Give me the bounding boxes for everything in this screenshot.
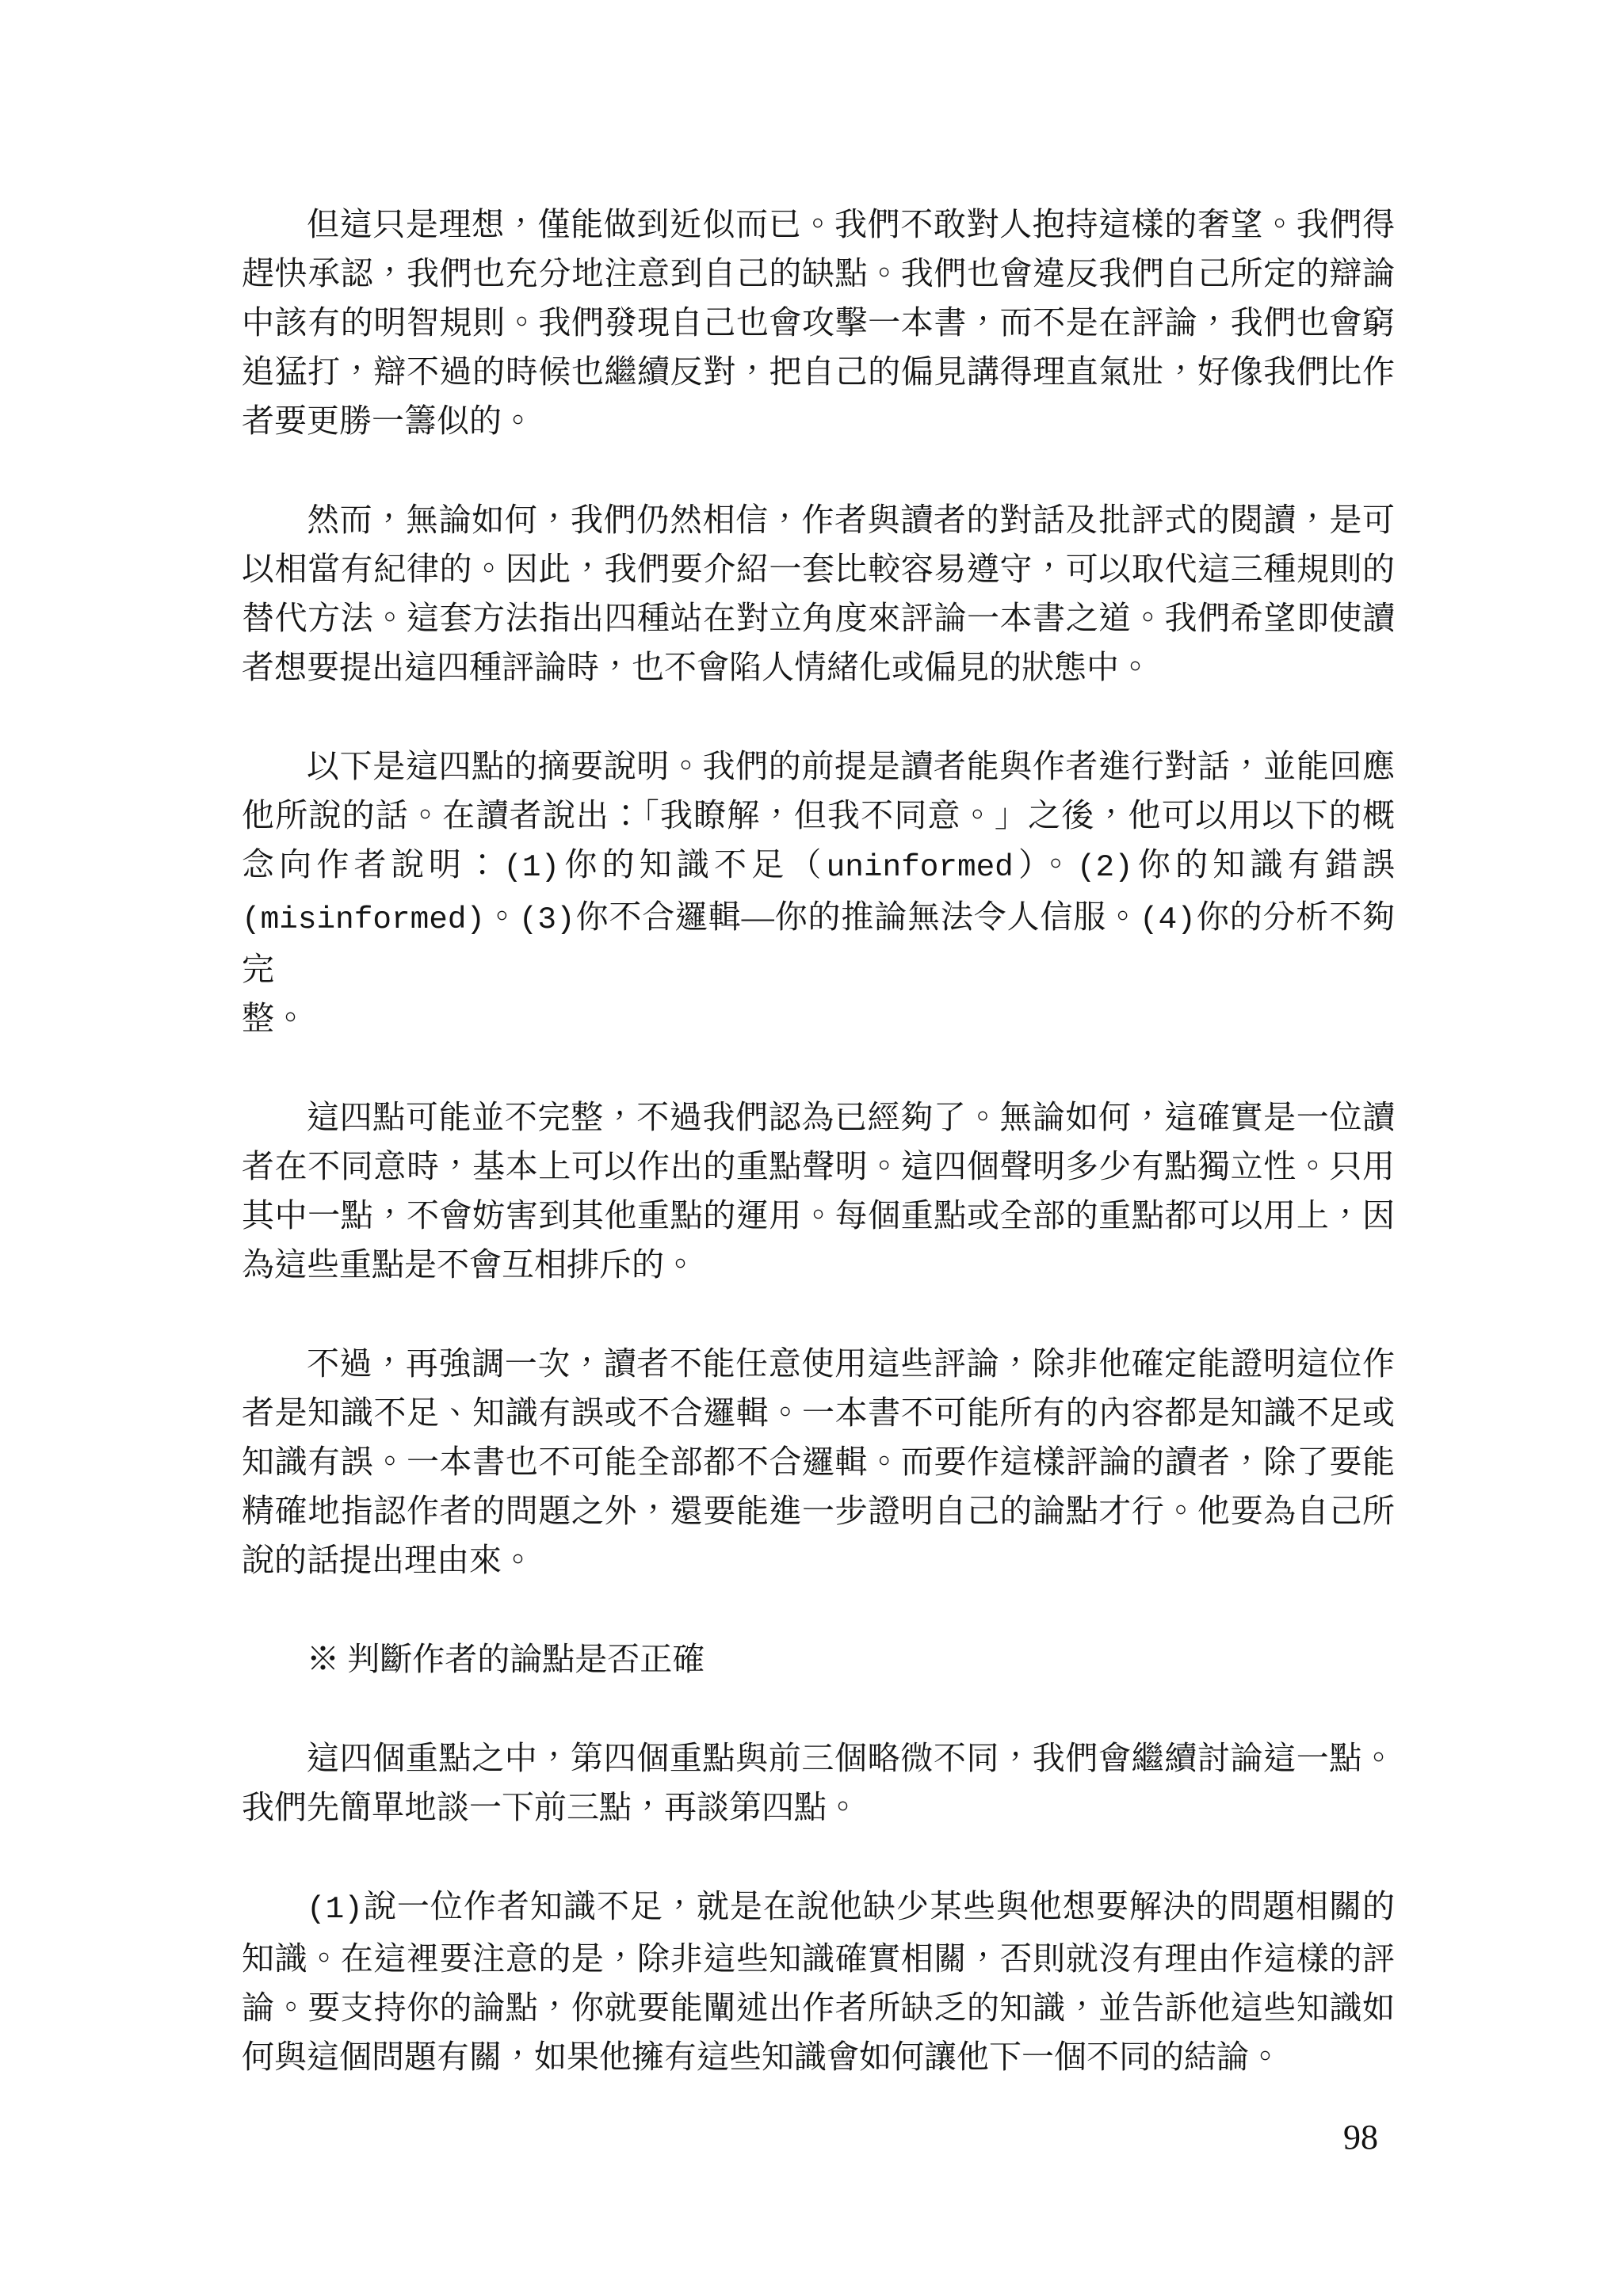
page-content: 但這只是理想，僅能做到近似而已。我們不敢對人抱持這樣的奢望。我們得趕快承認，我們… <box>242 200 1395 2131</box>
paragraph-2: 然而，無論如何，我們仍然相信，作者與讀者的對話及批評式的閱讀，是可以相當有紀律的… <box>242 495 1395 692</box>
page-number: 98 <box>1343 2117 1378 2158</box>
book-page: 但這只是理想，僅能做到近似而已。我們不敢對人抱持這樣的奢望。我們得趕快承認，我們… <box>0 0 1623 2296</box>
text-line: 其中一點，不會妨害到其他重點的運用。每個重點或全部的重點都可以用上，因 <box>242 1191 1395 1240</box>
text-line: 知識。在這裡要注意的是，除非這些知識確實相關，否則就沒有理由作這樣的評 <box>242 1934 1395 1983</box>
text-line: 我們先簡單地談一下前三點，再談第四點。 <box>242 1783 1395 1832</box>
paragraph-3: 以下是這四點的摘要說明。我們的前提是讀者能與作者進行對話，並能回應他所說的話。在… <box>242 742 1395 1043</box>
latin-text: (2) <box>1077 849 1133 885</box>
text-line: 知識有誤。一本書也不可能全部都不合邏輯。而要作這樣評論的讀者，除了要能 <box>242 1437 1395 1486</box>
latin-text: (misinformed) <box>242 902 485 937</box>
text-line: 追猛打，辯不過的時候也繼續反對，把自己的偏見講得理直氣壯，好像我們比作 <box>242 347 1395 396</box>
text-line: 何與這個問題有關，如果他擁有這些知識會如何讓他下一個不同的結論。 <box>242 2032 1395 2081</box>
text-line: ※ 判斷作者的論點是否正確 <box>242 1634 1395 1684</box>
text-line: 論。要支持你的論點，你就要能闡述出作者所缺乏的知識，並告訴他這些知識如 <box>242 1983 1395 2032</box>
paragraph-1: 但這只是理想，僅能做到近似而已。我們不敢對人抱持這樣的奢望。我們得趕快承認，我們… <box>242 200 1395 445</box>
text-line: 趕快承認，我們也充分地注意到自己的缺點。我們也會違反我們自己所定的辯論 <box>242 249 1395 298</box>
text-line: 精確地指認作者的問題之外，還要能進一步證明自己的論點才行。他要為自己所 <box>242 1486 1395 1535</box>
paragraph-7: 這四個重點之中，第四個重點與前三個略微不同，我們會繼續討論這一點。我們先簡單地談… <box>242 1733 1395 1832</box>
text-line: 念向作者說明：(1)你的知識不足（uninformed）。(2)你的知識有錯誤 <box>242 840 1395 892</box>
text-line: (misinformed)。(3)你不合邏輯—你的推論無法令人信服。(4)你的分… <box>242 892 1395 994</box>
text-line: 然而，無論如何，我們仍然相信，作者與讀者的對話及批評式的閱讀，是可 <box>242 495 1395 544</box>
latin-text: uninformed <box>827 849 1014 885</box>
text-line: 說的話提出理由來。 <box>242 1535 1395 1585</box>
text-line: 替代方法。這套方法指出四種站在對立角度來評論一本書之道。我們希望即使讀 <box>242 593 1395 643</box>
text-line: 但這只是理想，僅能做到近似而已。我們不敢對人抱持這樣的奢望。我們得 <box>242 200 1395 249</box>
text-line: 中該有的明智規則。我們發現自己也會攻擊一本書，而不是在評論，我們也會窮 <box>242 298 1395 347</box>
latin-text: (4) <box>1140 902 1196 937</box>
text-line: 整。 <box>242 994 1395 1043</box>
paragraph-8: (1)說一位作者知識不足，就是在說他缺少某些與他想要解決的問題相關的知識。在這裡… <box>242 1882 1395 2081</box>
text-line: 這四點可能並不完整，不過我們認為已經夠了。無論如何，這確實是一位讀 <box>242 1093 1395 1142</box>
text-line: (1)說一位作者知識不足，就是在說他缺少某些與他想要解決的問題相關的 <box>242 1882 1395 1934</box>
text-line: 他所說的話。在讀者說出：「我瞭解，但我不同意。」之後，他可以用以下的概 <box>242 791 1395 840</box>
text-line: 者要更勝一籌似的。 <box>242 396 1395 445</box>
text-line: 者想要提出這四種評論時，也不會陷人情緒化或偏見的狀態中。 <box>242 643 1395 692</box>
paragraph-5: 不過，再強調一次，讀者不能任意使用這些評論，除非他確定能證明這位作者是知識不足、… <box>242 1339 1395 1585</box>
text-line: 為這些重點是不會互相排斥的。 <box>242 1240 1395 1289</box>
text-line: 這四個重點之中，第四個重點與前三個略微不同，我們會繼續討論這一點。 <box>242 1733 1395 1783</box>
paragraph-4: 這四點可能並不完整，不過我們認為已經夠了。無論如何，這確實是一位讀者在不同意時，… <box>242 1093 1395 1289</box>
latin-text: (1) <box>307 1891 363 1927</box>
text-line: 者在不同意時，基本上可以作出的重點聲明。這四個聲明多少有點獨立性。只用 <box>242 1142 1395 1191</box>
latin-text: (3) <box>519 902 575 937</box>
latin-text: (1) <box>503 849 559 885</box>
section-heading: ※ 判斷作者的論點是否正確 <box>242 1634 1395 1684</box>
text-line: 以相當有紀律的。因此，我們要介紹一套比較容易遵守，可以取代這三種規則的 <box>242 544 1395 593</box>
text-line: 不過，再強調一次，讀者不能任意使用這些評論，除非他確定能證明這位作 <box>242 1339 1395 1388</box>
text-line: 以下是這四點的摘要說明。我們的前提是讀者能與作者進行對話，並能回應 <box>242 742 1395 791</box>
text-line: 者是知識不足、知識有誤或不合邏輯。一本書不可能所有的內容都是知識不足或 <box>242 1388 1395 1437</box>
